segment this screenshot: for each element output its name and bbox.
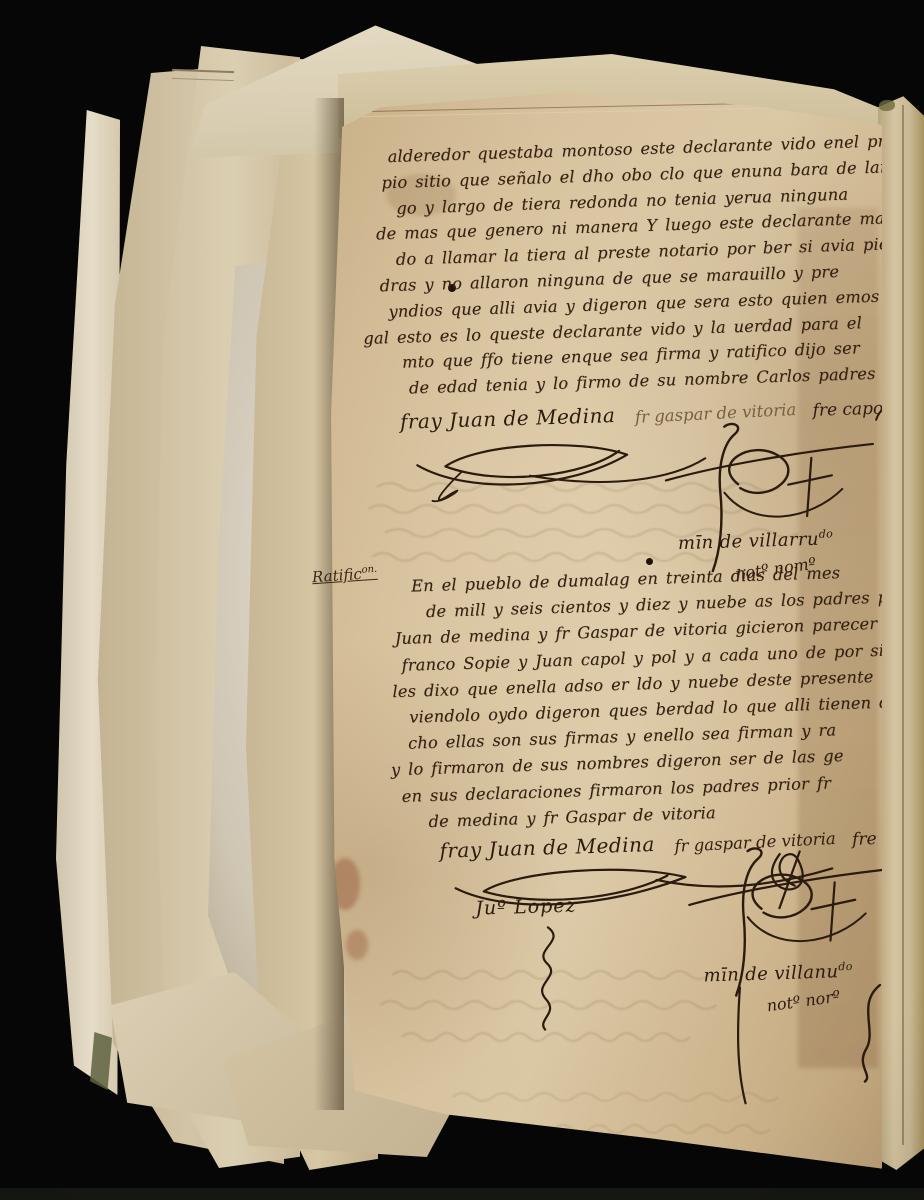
- notary-2-superscript: do: [838, 960, 853, 973]
- ink-layer: alderedor questaba montoso este declaran…: [330, 88, 882, 1173]
- debris-speck: [879, 100, 895, 111]
- manuscript-page: alderedor questaba montoso este declaran…: [330, 88, 882, 1173]
- paragraph-2: En el pueblo de dumalag en treinta dias …: [399, 558, 882, 836]
- lopez-rubric-descender: [522, 923, 575, 1037]
- notary-long-descender: [720, 987, 764, 1108]
- notary-block-2: mīn de villanudo notº norº: [682, 842, 882, 1109]
- signature-notary-2: mīn de villanudo: [703, 960, 853, 987]
- manuscript-photo: alderedor questaba montoso este declaran…: [0, 0, 924, 1200]
- notary-1-superscript: do: [819, 527, 834, 540]
- photo-bottom-band: [0, 1188, 924, 1200]
- facing-page-edge: [878, 92, 924, 1170]
- paragraph-1: alderedor questaba montoso este declaran…: [385, 128, 882, 402]
- signature-juan-lopez: Juº Lopez: [475, 895, 577, 920]
- facing-page-crease: [902, 105, 904, 1145]
- notary-s-flourish-2: [836, 983, 882, 1085]
- binding-stitch: [172, 69, 234, 81]
- margin-note-superscript: on.: [361, 564, 377, 576]
